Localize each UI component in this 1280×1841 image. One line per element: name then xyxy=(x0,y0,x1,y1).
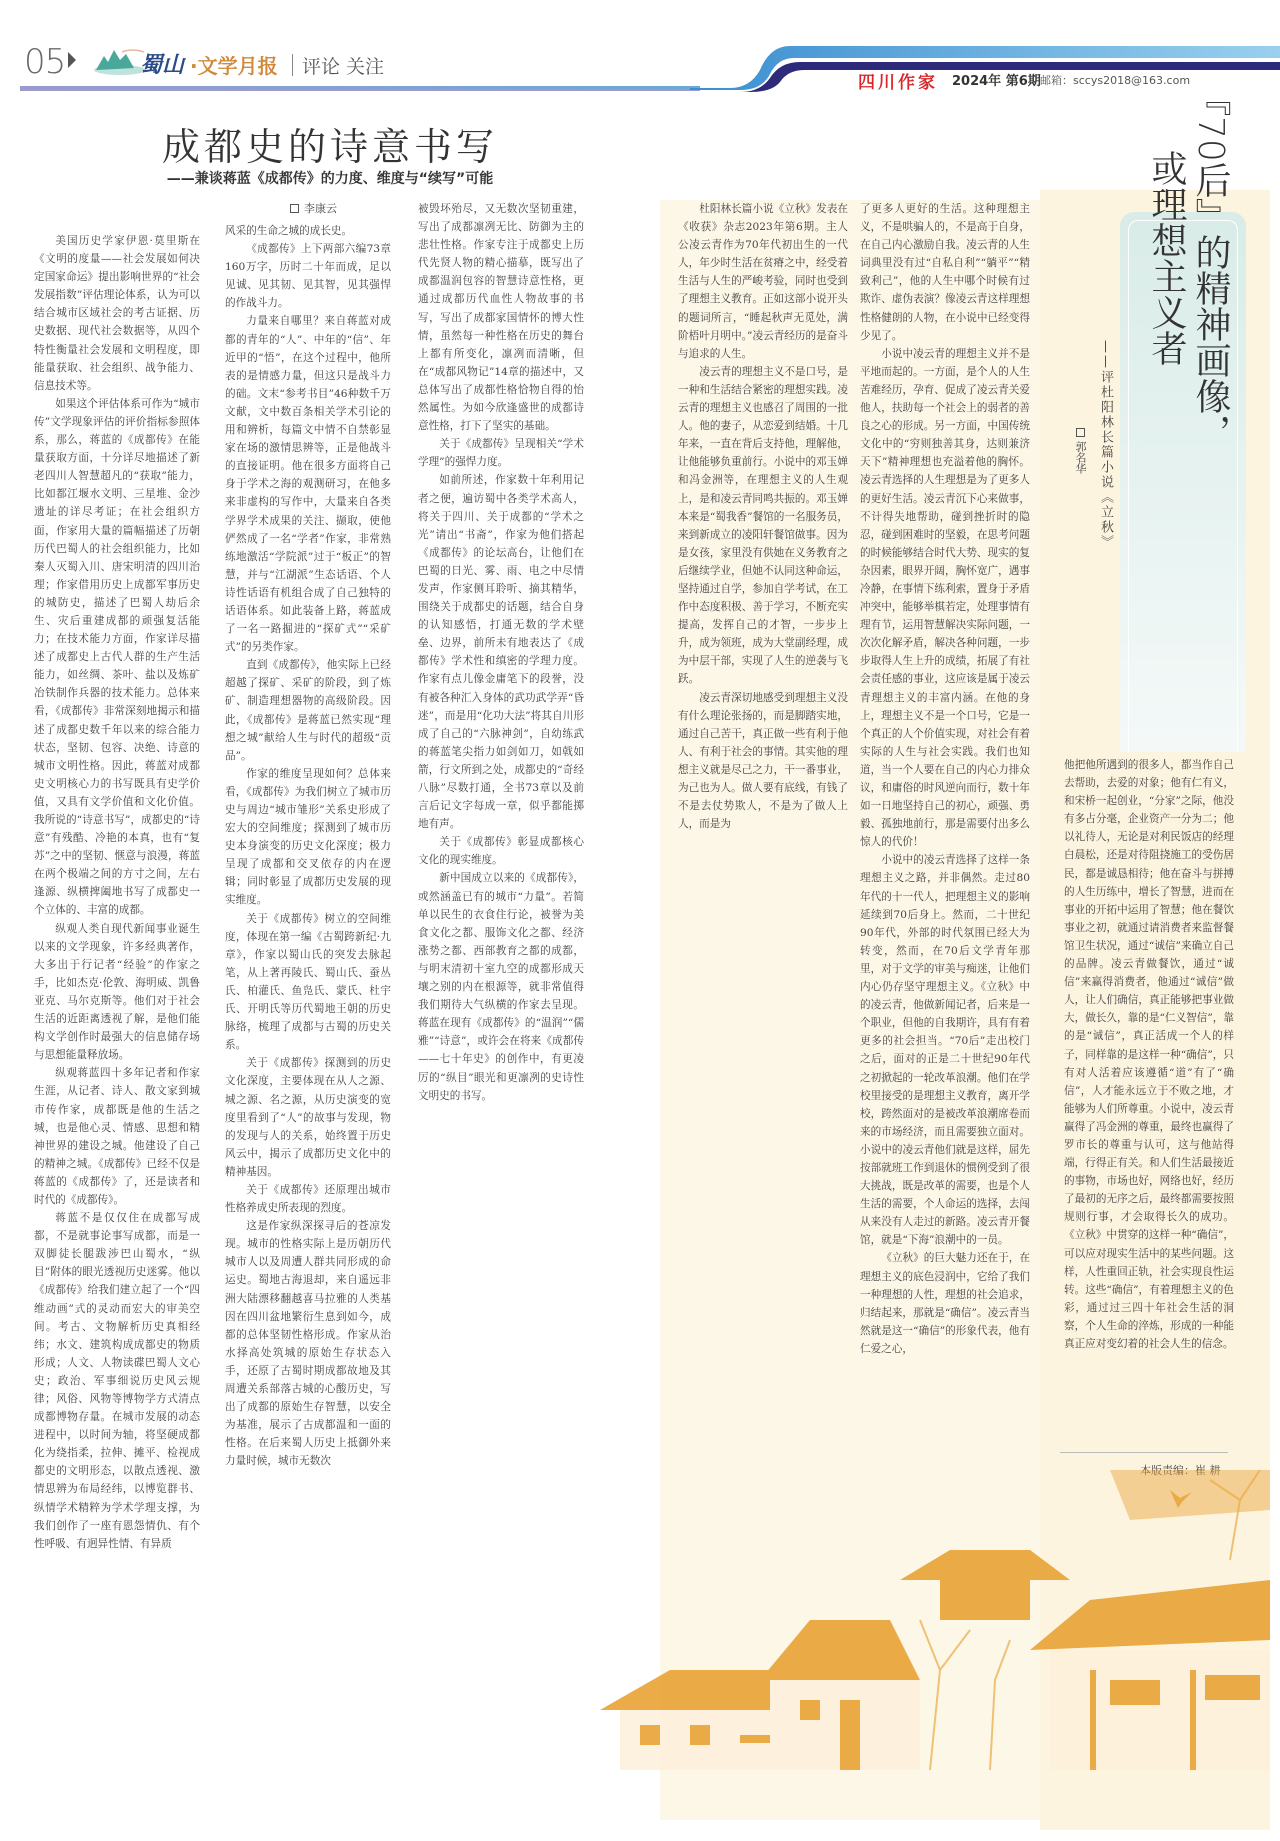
article2-title-line1: 『70后』的精神画像， xyxy=(1188,80,1232,450)
article2-title-line2: 或理想主义者 xyxy=(1144,150,1188,366)
page-number: 05 xyxy=(24,42,65,82)
paragraph: 风采的生命之城的成长史。 xyxy=(225,222,391,240)
paragraph: 小说中的凌云青选择了这样一条理想主义之路，并非偶然。走过80年代的十一代人，把理… xyxy=(860,851,1030,1249)
paragraph: 关于《成都传》呈现相关“学术学理”的强悍力度。 xyxy=(418,435,584,471)
byline-box-icon xyxy=(1076,428,1085,437)
header-rule-shadow xyxy=(20,89,700,91)
editor-divider xyxy=(1060,1452,1228,1453)
courtyard-illustration xyxy=(470,1470,1270,1800)
paragraph: 他把他所遇到的很多人，都当作自己去帮助，去爱的对象；他有仁有义，和宋桥一起创业，… xyxy=(1064,756,1234,1353)
paragraph: 作家的维度呈现如何？总体来看，《成都传》为我们树立了城市历史与周边“城市雏形”关… xyxy=(225,765,391,910)
paragraph: 如果这个评估体系可作为“城市传”文学现象评估的评价指标参照体系，那么，蒋蓝的《成… xyxy=(34,395,200,920)
article2-byline: 郭名华 xyxy=(1072,428,1088,474)
article2-column-2: 了更多人更好的生活。这种理想主义，不是哄骗人的，不是高于自身，在自己内心激励自我… xyxy=(860,200,1030,1620)
article1-byline: 李康云 xyxy=(290,200,337,216)
paragraph: 被毁坏殆尽，又无数次坚韧重建，写出了成都凛冽无比、防御为主的悲壮性格。作家专注于… xyxy=(418,200,584,435)
masthead-logo: 四川作家 xyxy=(858,68,938,93)
article2-column-1: 杜阳林长篇小说《立秋》发表在《收获》杂志2023年第6期。主人公凌云青作为70年… xyxy=(678,200,848,1620)
byline-box-icon xyxy=(290,204,299,213)
article1-column-2: 风采的生命之城的成长史。 《成都传》上下两部六编73章160万字，历时二十年而成… xyxy=(225,222,391,1822)
paragraph: 直到《成都传》，他实际上已经超越了探矿、采矿的阶段，到了炼矿、制造理想器物的高级… xyxy=(225,656,391,765)
page-header: 05 蜀山 ·文学月报 评论 关注 四川作家 2024年 第6期 邮箱：sccy… xyxy=(0,0,1280,100)
article1-column-1: 美国历史学家伊恩·莫里斯在《文明的度量——社会发展如何决定国家命运》提出影响世界… xyxy=(34,232,200,1822)
page-arrow-icon xyxy=(68,52,76,68)
contact-email[interactable]: 邮箱：sccys2018@163.com xyxy=(1040,72,1190,88)
article2-subtitle: ——评杜阳林长篇小说《立秋》 xyxy=(1096,340,1115,550)
paragraph: 纵观人类自现代新闻事业诞生以来的文学现象，许多经典著作，大多出于行记者“经验”的… xyxy=(34,920,200,1065)
section-name: ·文学月报 xyxy=(190,50,278,79)
paragraph: 如前所述，作家数十年利用记者之便，遍访蜀中各类学术高人，将关于四川、关于成都的“… xyxy=(418,471,584,833)
paragraph: 了更多人更好的生活。这种理想主义，不是哄骗人的，不是高于自身，在自己内心激励自我… xyxy=(860,200,1030,345)
paragraph: 《成都传》上下两部六编73章160万字，历时二十年而成，足以见诚、见其韧、见其智… xyxy=(225,240,391,312)
paragraph: 凌云青的理想主义不是口号，是一种和生活结合紧密的理想实践。凌云青的理想主义也感召… xyxy=(678,363,848,689)
paragraph: 力量来自哪里？来自蒋蓝对成都的青年的“人”、中年的“信”、年近甲的“悟”，在这个… xyxy=(225,312,391,656)
paragraph: 蒋蓝不是仅仅住在成都写成都，不是就事论事写成都，而是一双脚徒长腿跋涉巴山蜀水，“… xyxy=(34,1209,200,1553)
paragraph: 美国历史学家伊恩·莫里斯在《文明的度量——社会发展如何决定国家命运》提出影响世界… xyxy=(34,232,200,395)
issue-date: 2024年 第6期 xyxy=(952,70,1041,89)
section-tag: 评论 关注 xyxy=(302,52,384,79)
article1-author: 李康云 xyxy=(304,202,337,215)
paragraph: 《立秋》的巨大魅力还在于，在理想主义的底色浸润中，它给了我们一种理想的人性，理想… xyxy=(860,1249,1030,1358)
paragraph: 关于《成都传》树立的空间维度，体现在第一编《古蜀跨新纪·九章》，作家以蜀山氏的突… xyxy=(225,910,391,1055)
section-divider xyxy=(292,54,293,76)
paragraph: 杜阳林长篇小说《立秋》发表在《收获》杂志2023年第6期。主人公凌云青作为70年… xyxy=(678,200,848,363)
article1-subtitle: ——兼谈蒋蓝《成都传》的力度、维度与“续写”可能 xyxy=(130,168,530,188)
article1-title: 成都史的诗意书写 xyxy=(130,116,530,171)
paragraph: 这是作家纵深探寻后的苍凉发现。城市的性格实际上是历朝历代城市人以及周遭人群共同形… xyxy=(225,1217,391,1470)
article2-column-3: 他把他所遇到的很多人，都当作自己去帮助，去爱的对象；他有仁有义，和宋桥一起创业，… xyxy=(1064,756,1234,1416)
paragraph: 小说中凌云青的理想主义并不是平地而起的。一方面，是个人的人生苦难经历，孕育、促成… xyxy=(860,345,1030,852)
paragraph: 关于《成都传》探测到的历史文化深度，主要体现在从人之源、城之源、名之源，从历史演… xyxy=(225,1054,391,1181)
paragraph: 纵观蒋蓝四十多年记者和作家生涯，从记者、诗人、散文家到城市传作家，成都既是他的生… xyxy=(34,1064,200,1209)
paragraph: 关于《成都传》还原理出城市性格养成史所表现的烈度。 xyxy=(225,1181,391,1217)
logo-text: 蜀山 xyxy=(140,48,184,79)
article2-author: 郭名华 xyxy=(1074,441,1087,474)
paragraph: 新中国成立以来的《成都传》，或然涵盖已有的城市“力量”。若简单以民生的衣食住行论… xyxy=(418,869,584,1104)
paragraph: 关于《成都传》彰显成都核心文化的现实维度。 xyxy=(418,833,584,869)
paragraph: 凌云青深切地感受到理想主义没有什么理论张扬的，而是脚踏实地，通过自己苦干，真正做… xyxy=(678,689,848,834)
